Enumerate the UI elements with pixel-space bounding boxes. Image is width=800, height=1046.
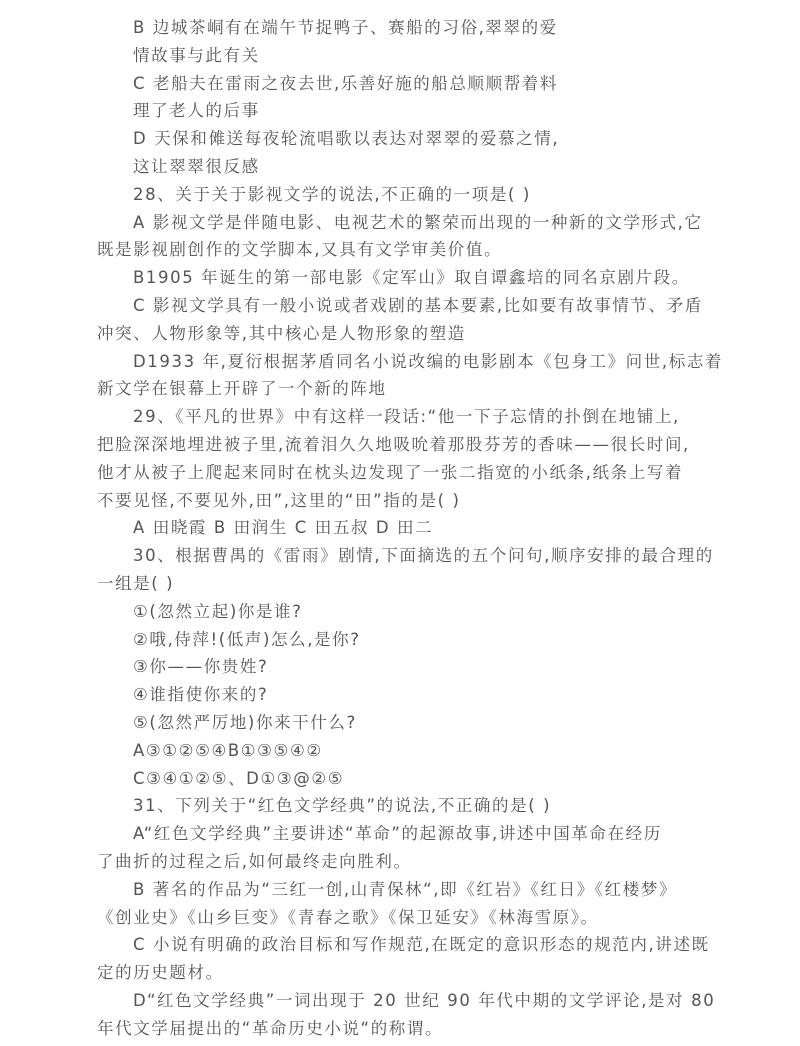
text-line: ①(忽然立起)你是谁? bbox=[97, 598, 716, 626]
text-line: D1933 年,夏衍根据茅盾同名小说改编的电影剧本《包身工》问世,标志着 bbox=[97, 348, 716, 376]
text-body: B 边城茶峒有在端午节捉鸭子、赛船的习俗,翠翠的爱情故事与此有关C 老船夫在雷雨… bbox=[97, 14, 716, 1042]
text-line: 年代文学届提出的“革命历史小说“的称谓。 bbox=[97, 1015, 716, 1043]
text-line: 既是影视剧创作的文学脚本,又具有文学审美价值。 bbox=[97, 236, 716, 264]
text-line: 29、《平凡的世界》中有这样一段话:“他一下子忘情的扑倒在地铺上, bbox=[97, 403, 716, 431]
text-line: 把脸深深地埋进被子里,流着泪久久地吸吮着那股芬芳的香味——很长时间, bbox=[97, 431, 716, 459]
text-line: 31、下列关于“红色文学经典”的说法,不正确的是( ) bbox=[97, 792, 716, 820]
text-line: ③你——你贵姓? bbox=[97, 653, 716, 681]
text-line: C 小说有明确的政治目标和写作规范,在既定的意识形态的规范内,讲述既 bbox=[97, 931, 716, 959]
text-line: D“红色文学经典”一词出现于 20 世纪 90 年代中期的文学评论,是对 80 bbox=[97, 987, 716, 1015]
text-line: A 影视文学是伴随电影、电视艺术的繁荣而出现的一种新的文学形式,它 bbox=[97, 209, 716, 237]
text-line: 一组是( ) bbox=[97, 570, 716, 598]
text-line: ④谁指使你来的? bbox=[97, 681, 716, 709]
text-line: 28、关于关于影视文学的说法,不正确的一项是( ) bbox=[97, 181, 716, 209]
text-line: 30、根据曹禺的《雷雨》剧情,下面摘选的五个问句,顺序安排的最合理的 bbox=[97, 542, 716, 570]
text-line: 新文学在银幕上开辟了一个新的阵地 bbox=[97, 375, 716, 403]
text-line: A“红色文学经典”主要讲述“革命”的起源故事,讲述中国革命在经历 bbox=[97, 820, 716, 848]
text-line: B 著名的作品为“三红一创,山青保林“,即《红岩》《红日》《红楼梦》 bbox=[97, 876, 716, 904]
text-line: B1905 年诞生的第一部电影《定军山》取自谭鑫培的同名京剧片段。 bbox=[97, 264, 716, 292]
text-line: 理了老人的后事 bbox=[97, 97, 716, 125]
text-line: 这让翠翠很反感 bbox=[97, 153, 716, 181]
text-line: C 影视文学具有一般小说或者戏剧的基本要素,比如要有故事情节、矛盾 bbox=[97, 292, 716, 320]
text-line: 定的历史题材。 bbox=[97, 959, 716, 987]
text-line: 了曲折的过程之后,如何最终走向胜利。 bbox=[97, 848, 716, 876]
text-line: C③④①②⑤、D①③@②⑤ bbox=[97, 765, 716, 793]
text-line: ⑤(忽然严厉地)你来干什么? bbox=[97, 709, 716, 737]
text-line: 《创业史》《山乡巨变》《青春之歌》《保卫延安》《林海雪原》。 bbox=[97, 904, 716, 932]
text-line: 不要见怪,不要见外,田”,这里的“田”指的是( ) bbox=[97, 487, 716, 515]
text-line: D 天保和傩送每夜轮流唱歌以表达对翠翠的爱慕之情, bbox=[97, 125, 716, 153]
text-line: 他才从被子上爬起来同时在枕头边发现了一张二指宽的小纸条,纸条上写着 bbox=[97, 459, 716, 487]
text-line: B 边城茶峒有在端午节捉鸭子、赛船的习俗,翠翠的爱 bbox=[97, 14, 716, 42]
text-line: ②哦,侍萍!(低声)怎么,是你? bbox=[97, 626, 716, 654]
text-line: C 老船夫在雷雨之夜去世,乐善好施的船总顺顺帮着料 bbox=[97, 70, 716, 98]
text-line: A 田晓霞 B 田润生 C 田五叔 D 田二 bbox=[97, 514, 716, 542]
text-line: 情故事与此有关 bbox=[97, 42, 716, 70]
text-line: A③①②⑤④B①③⑤④② bbox=[97, 737, 716, 765]
document-page: B 边城茶峒有在端午节捉鸭子、赛船的习俗,翠翠的爱情故事与此有关C 老船夫在雷雨… bbox=[0, 0, 800, 1046]
text-line: 冲突、人物形象等,其中核心是人物形象的塑造 bbox=[97, 320, 716, 348]
